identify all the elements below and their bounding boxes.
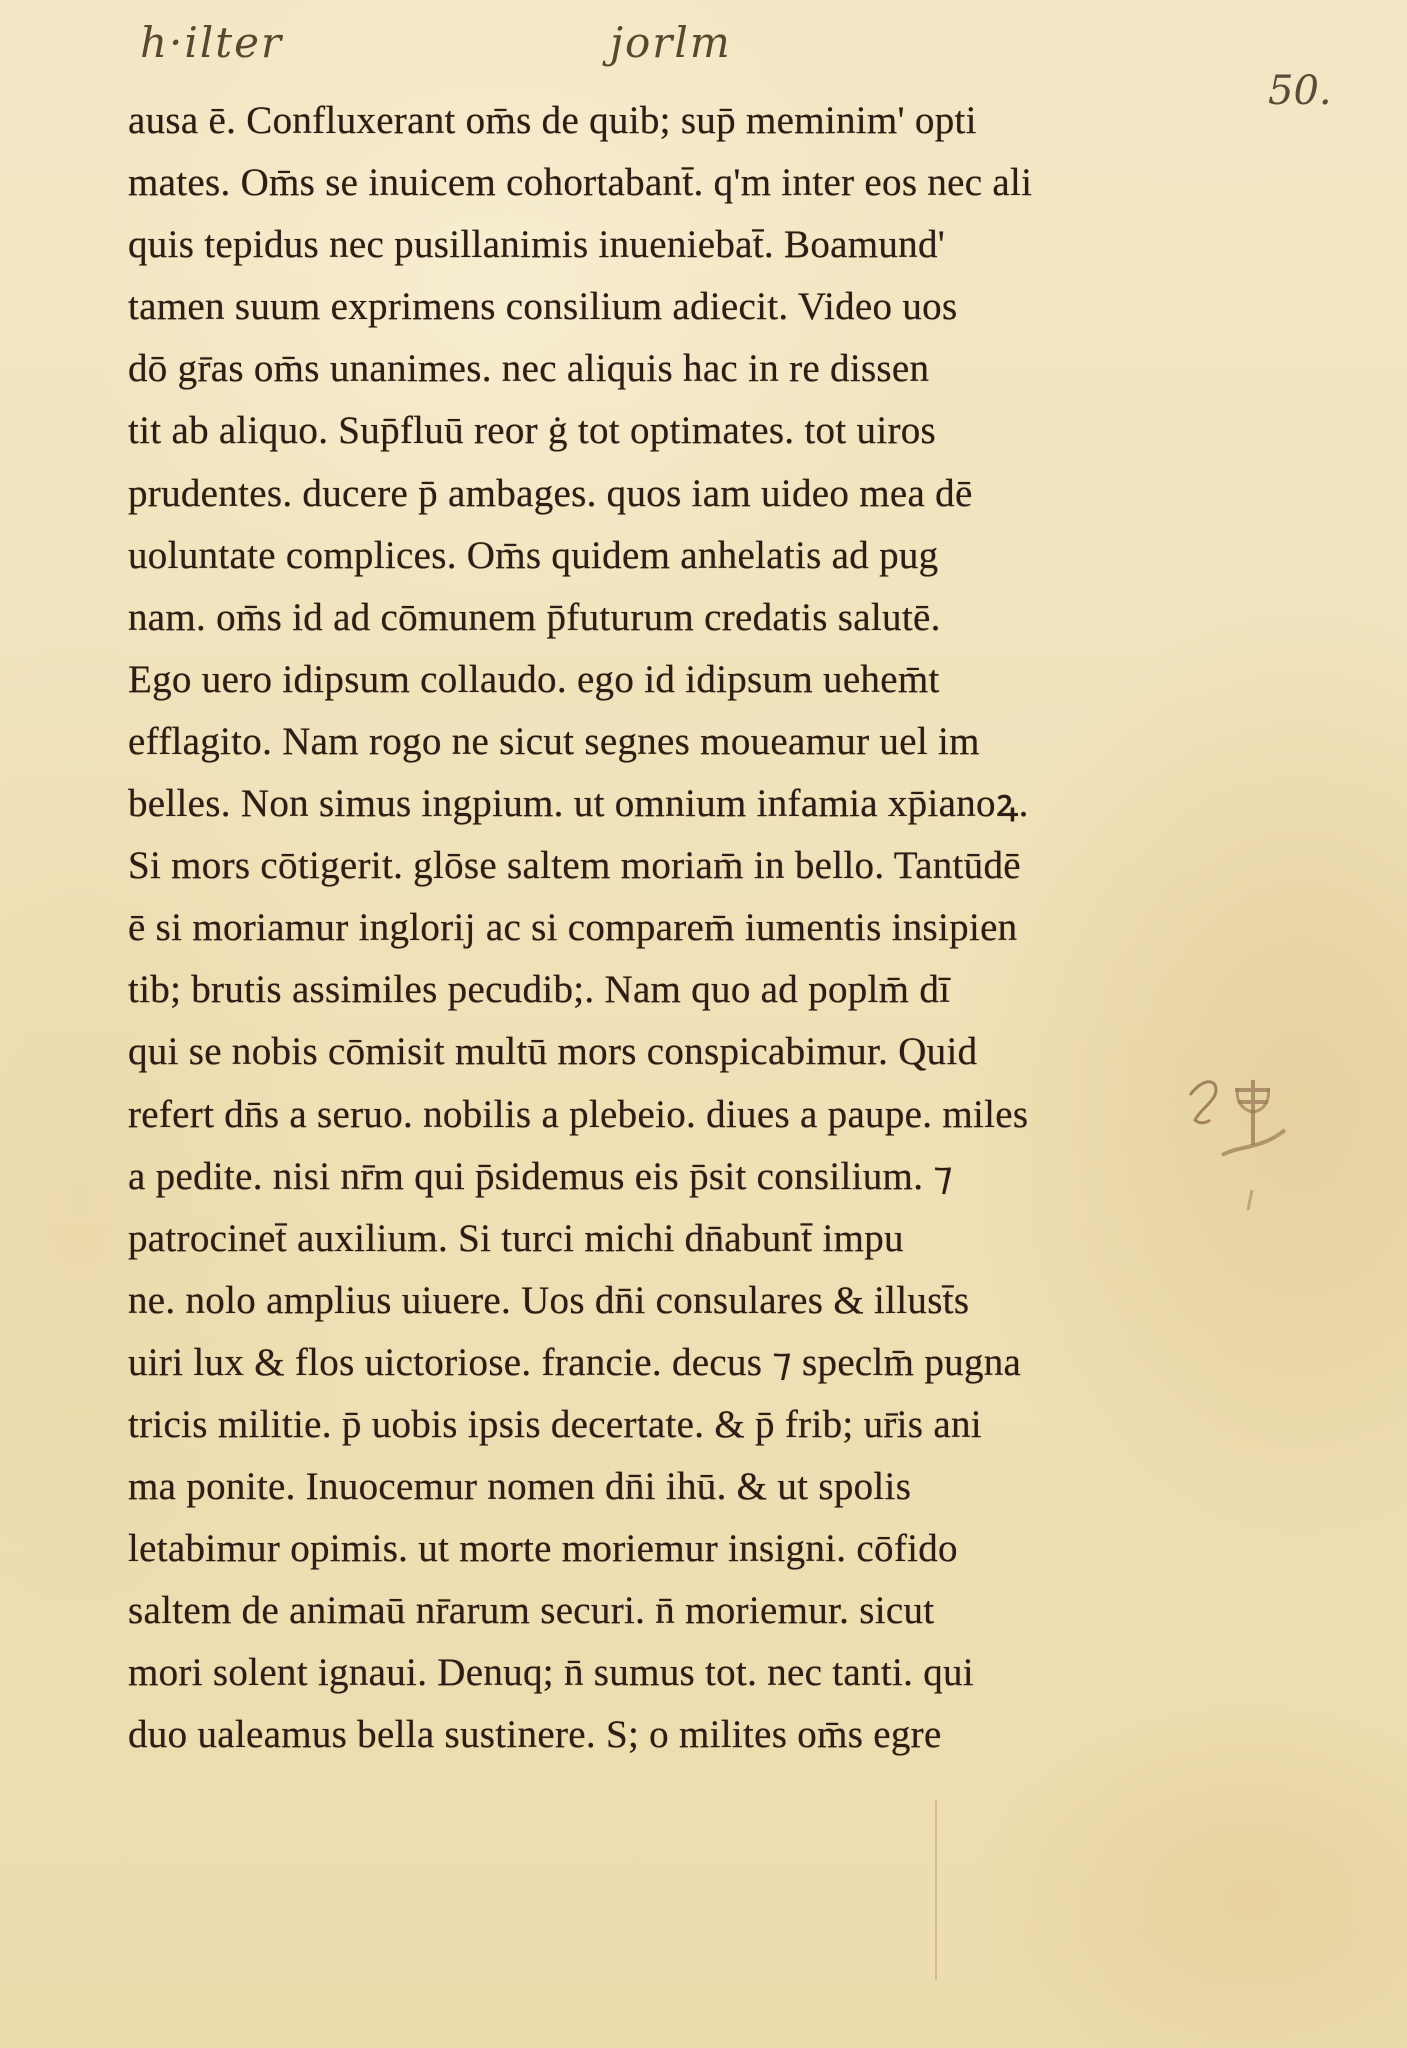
- text-line: quis tepidus nec pusillanimis inueniebat…: [128, 214, 1188, 276]
- text-line: uoluntate complices. Om̄s quidem anhelat…: [128, 525, 1188, 587]
- text-line: Ego uero idipsum collaudo. ego id idipsu…: [128, 649, 1188, 711]
- text-line: qui se nobis cōmisit multū mors conspica…: [128, 1021, 1188, 1083]
- folio-number: 50.: [1268, 68, 1332, 114]
- text-line: efflagito. Nam rogo ne sicut segnes moue…: [128, 711, 1188, 773]
- text-line: tib; brutis assimiles pecudib;. Nam quo …: [128, 959, 1188, 1021]
- text-line: tricis militie. p̄ uobis ipsis decertate…: [128, 1394, 1188, 1456]
- text-line: prudentes. ducere p̄ ambages. quos iam u…: [128, 463, 1188, 525]
- text-line: mori solent ignaui. Denuq; n̄ sumus tot.…: [128, 1642, 1188, 1704]
- text-line: belles. Non simus ingpium. ut omnium inf…: [128, 773, 1188, 835]
- header-note-center: jorlm: [610, 18, 732, 67]
- parchment-crease: [935, 1800, 937, 1980]
- header-note-left: h·ilter: [140, 18, 283, 67]
- marginal-sprig-icon: [1180, 1050, 1290, 1210]
- parchment-page: h·ilter jorlm 50. ausa ē. Confluxerant o…: [0, 0, 1407, 2048]
- text-line: ē si moriamur inglorij ac si comparem̄ i…: [128, 897, 1188, 959]
- text-line: refert dn̄s a seruo. nobilis a plebeio. …: [128, 1084, 1188, 1146]
- text-line: a pedite. nisi nr̄m qui p̄sidemus eis p̄…: [128, 1146, 1188, 1208]
- text-line: letabimur opimis. ut morte moriemur insi…: [128, 1518, 1188, 1580]
- text-line: Si mors cōtigerit. glōse saltem moriam̄ …: [128, 835, 1188, 897]
- text-line: tamen suum exprimens consilium adiecit. …: [128, 276, 1188, 338]
- text-line: nam. om̄s id ad cōmunem p̄futurum credat…: [128, 587, 1188, 649]
- text-line: saltem de animaū nr̄arum securi. n̄ mori…: [128, 1580, 1188, 1642]
- text-line: uiri lux & flos uictoriose. francie. dec…: [128, 1332, 1188, 1394]
- text-line: patrocinet̄ auxilium. Si turci michi dn̄…: [128, 1208, 1188, 1270]
- text-line: ne. nolo amplius uiuere. Uos dn̄i consul…: [128, 1270, 1188, 1332]
- text-line: ausa ē. Confluxerant om̄s de quib; sup̄ …: [128, 90, 1188, 152]
- text-line: ma ponite. Inuocemur nomen dn̄i ihū. & u…: [128, 1456, 1188, 1518]
- text-line: dō gr̄as om̄s unanimes. nec aliquis hac …: [128, 338, 1188, 400]
- text-line: tit ab aliquo. Sup̄fluū reor ġ tot optim…: [128, 400, 1188, 462]
- manuscript-text-block: ausa ē. Confluxerant om̄s de quib; sup̄ …: [128, 90, 1188, 1767]
- text-line: duo ualeamus bella sustinere. S; o milit…: [128, 1704, 1188, 1766]
- text-line: mates. Om̄s se inuicem cohortabant̄. q'm…: [128, 152, 1188, 214]
